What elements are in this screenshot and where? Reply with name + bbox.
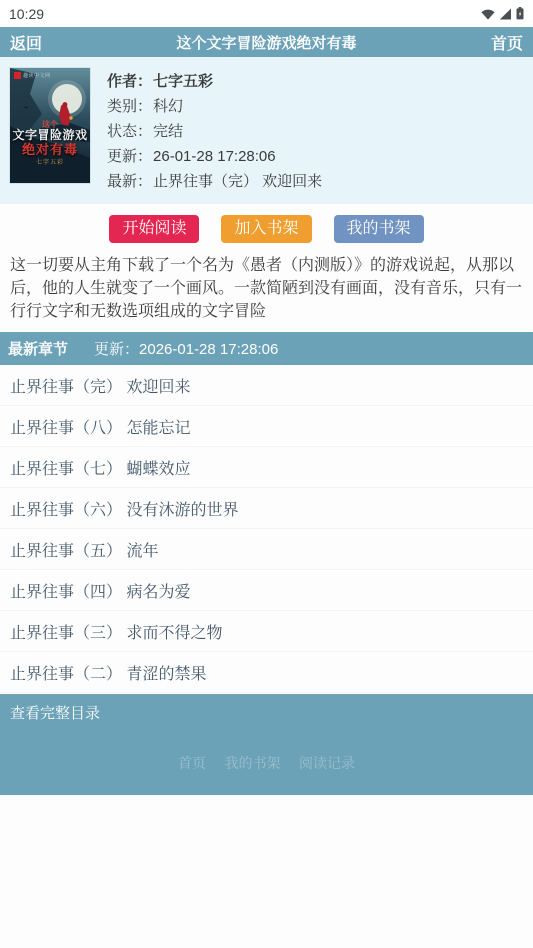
cover-author: 七字五彩 [10, 160, 90, 167]
meta-updated: 更新：26-01-28 17:28:06 [107, 144, 322, 169]
section-title: 最新章节 [8, 338, 68, 359]
status-time: 10:29 [9, 6, 44, 22]
view-full-catalog-link[interactable]: 查看完整目录 [0, 694, 533, 730]
meta-author: 作者：七字五彩 [107, 69, 322, 94]
meta-latest: 最新：止界往事（完） 欢迎回来 [107, 169, 322, 194]
start-reading-button[interactable]: 开始阅读 [109, 215, 199, 243]
my-shelf-button[interactable]: 我的书架 [334, 215, 424, 243]
footer-nav: 首页 我的书架 阅读记录 [0, 730, 533, 795]
meta-status: 状态：完结 [107, 119, 322, 144]
wifi-icon [481, 8, 495, 20]
meta-category: 类别：科幻 [107, 94, 322, 119]
chapter-link[interactable]: 止界往事（七） 蝴蝶效应 [0, 447, 533, 488]
page-title: 这个文字冒险游戏绝对有毒 [42, 32, 491, 53]
publisher-name: 趣读中文网 [23, 72, 51, 79]
add-to-shelf-button[interactable]: 加入书架 [221, 215, 311, 243]
chapter-link[interactable]: 止界往事（八） 怎能忘记 [0, 406, 533, 447]
cellular-icon [499, 8, 512, 20]
latest-chapters-header: 最新章节 更新：2026-01-28 17:28:06 [0, 332, 533, 365]
cover-title-block: 这个 文字冒险游戏 绝对有毒 七字五彩 [10, 120, 90, 167]
footer-history-link[interactable]: 阅读记录 [299, 755, 355, 771]
chapter-link[interactable]: 止界往事（四） 病名为爱 [0, 570, 533, 611]
book-cover[interactable]: 趣读中文网 这个 文字冒险游戏 绝对有毒 七字五彩 [10, 68, 90, 183]
status-icons [481, 7, 524, 20]
book-info-panel: 趣读中文网 这个 文字冒险游戏 绝对有毒 七字五彩 作者：七字五彩 类别：科幻 … [0, 57, 533, 204]
battery-icon [516, 7, 524, 20]
cover-publisher-badge: 趣读中文网 [14, 72, 51, 79]
cover-title-red: 绝对有毒 [10, 143, 90, 158]
footer-myshelf-link[interactable]: 我的书架 [225, 755, 281, 771]
publisher-logo-icon [14, 72, 21, 79]
section-updated: 更新：2026-01-28 17:28:06 [94, 338, 278, 359]
action-buttons: 开始阅读 加入书架 我的书架 [0, 204, 533, 252]
app-header: 返回 这个文字冒险游戏绝对有毒 首页 [0, 27, 533, 57]
book-meta: 作者：七字五彩 类别：科幻 状态：完结 更新：26-01-28 17:28:06… [107, 68, 322, 194]
footer-home-link[interactable]: 首页 [178, 755, 206, 771]
chapter-link[interactable]: 止界往事（六） 没有沐游的世界 [0, 488, 533, 529]
chapter-link[interactable]: 止界往事（五） 流年 [0, 529, 533, 570]
cover-title-main: 文字冒险游戏 [10, 129, 90, 143]
chapter-list: 止界往事（完） 欢迎回来 止界往事（八） 怎能忘记 止界往事（七） 蝴蝶效应 止… [0, 365, 533, 693]
status-bar: 10:29 [0, 0, 533, 27]
chapter-link[interactable]: 止界往事（三） 求而不得之物 [0, 611, 533, 652]
footer-block: 查看完整目录 首页 我的书架 阅读记录 [0, 694, 533, 795]
book-description: 这一切要从主角下载了一个名为《愚者（内测版）》的游戏说起，从那以后，他的人生就变… [0, 252, 533, 332]
chapter-link[interactable]: 止界往事（完） 欢迎回来 [0, 365, 533, 406]
back-button[interactable]: 返回 [10, 31, 42, 54]
chapter-link[interactable]: 止界往事（二） 青涩的禁果 [0, 652, 533, 693]
home-button[interactable]: 首页 [491, 31, 523, 54]
